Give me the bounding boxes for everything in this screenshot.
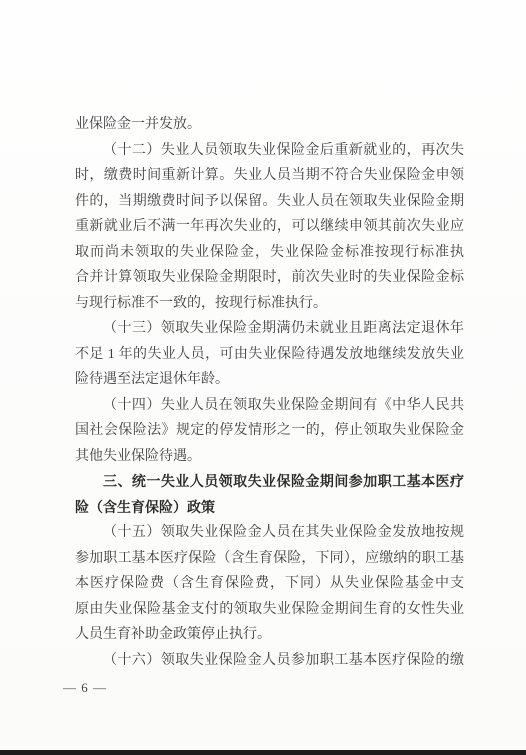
text-line: 人员生育补助金政策停止执行。: [75, 622, 464, 648]
text-line: 国社会保险法》规定的停发情形之一的，停止领取失业保险金及: [75, 418, 464, 444]
document-body-text: 业保险金一并发放。（十二）失业人员领取失业保险金后重新就业的，再次失业时，缴费时…: [75, 112, 464, 673]
section-heading-line: 险（含生育保险）政策: [75, 495, 464, 521]
text-line: （十五）领取失业保险金人员在其失业保险金发放地按规定: [75, 520, 464, 546]
text-line: 重新就业后不满一年再次失业的，可以继续申领其前次失业应领: [75, 214, 464, 240]
section-heading-line: 三、统一失业人员领取失业保险金期间参加职工基本医疗保: [75, 469, 464, 495]
text-line: 险待遇至法定退休年龄。: [75, 367, 464, 393]
text-line: 时，缴费时间重新计算。失业人员当期不符合失业保险金申领条: [75, 163, 464, 189]
text-line: 件的，当期缴费时间予以保留。失业人员在领取失业保险金期间: [75, 189, 464, 215]
text-line: 本医疗保险费（含生育保险费，下同）从失业保险基金中支付。: [75, 571, 464, 597]
text-line: 原由失业保险基金支付的领取失业保险金期间生育的女性失业: [75, 597, 464, 623]
text-line: （十六）领取失业保险金人员参加职工基本医疗保险的缴费: [75, 648, 464, 674]
text-line: 与现行标准不一致的，按现行标准执行。: [75, 291, 464, 317]
text-line: 不足 1 年的失业人员，可由失业保险待遇发放地继续发放失业保: [75, 342, 464, 368]
text-line: 合并计算领取失业保险金期限时，前次失业时的失业保险金标准: [75, 265, 464, 291]
text-line: 业保险金一并发放。: [75, 112, 464, 138]
page-bottom-scan-edge: [0, 750, 526, 755]
text-line: （十三）领取失业保险金期满仍未就业且距离法定退休年龄: [75, 316, 464, 342]
text-line: （十二）失业人员领取失业保险金后重新就业的，再次失业: [75, 138, 464, 164]
page-number: — 6 —: [63, 680, 107, 696]
scanned-document-page: 业保险金一并发放。（十二）失业人员领取失业保险金后重新就业的，再次失业时，缴费时…: [0, 0, 526, 755]
text-line: 参加职工基本医疗保险（含生育保险，下同），应缴纳的职工基: [75, 546, 464, 572]
text-line: 其他失业保险待遇。: [75, 444, 464, 470]
text-line: 取而尚未领取的失业保险金，失业保险金标准按现行标准执行。: [75, 240, 464, 266]
text-line: （十四）失业人员在领取失业保险金期间有《中华人民共和: [75, 393, 464, 419]
